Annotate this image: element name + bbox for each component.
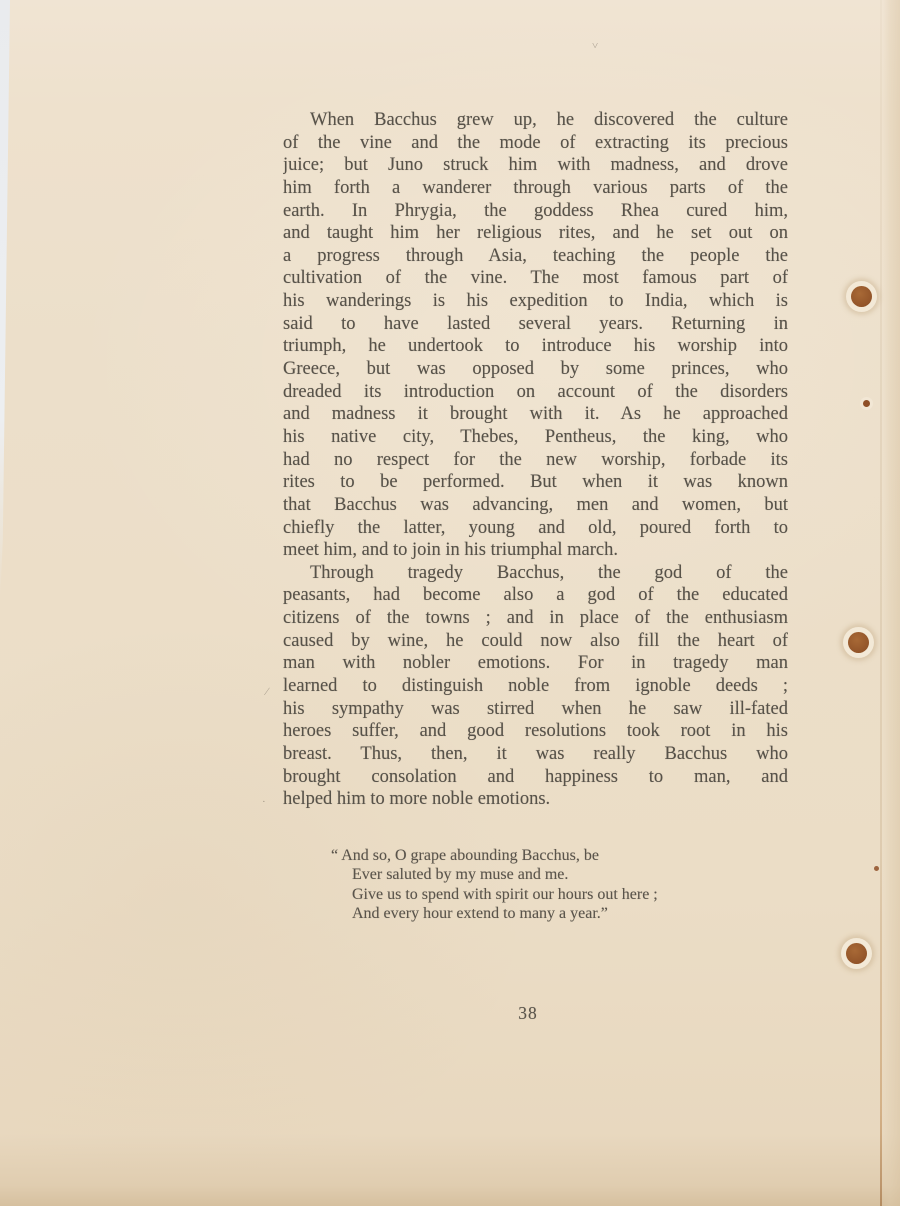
text-line: and madness it brought with it. As he ap…: [283, 403, 788, 426]
binding-hole-middle: [848, 632, 869, 653]
scan-mark: ·: [262, 796, 266, 808]
text-line: him forth a wanderer through various par…: [283, 177, 788, 200]
text-line: learned to distinguish noble from ignobl…: [283, 675, 788, 698]
text-line: brought consolation and happiness to man…: [283, 766, 788, 789]
paper-speck: [874, 866, 879, 871]
page-number: 38: [283, 1003, 773, 1024]
text-line: peasants, had become also a god of the e…: [283, 584, 788, 607]
text-line: his sympathy was stirred when he saw ill…: [283, 698, 788, 721]
scanned-book-page: When Bacchus grew up, he discovered the …: [0, 0, 900, 1206]
text-line: his native city, Thebes, Pentheus, the k…: [283, 426, 788, 449]
text-line: “ And so, O grape abounding Bacchus, be: [331, 846, 801, 865]
text-line: Greece, but was opposed by some princes,…: [283, 358, 788, 381]
text-line: heroes suffer, and good resolutions took…: [283, 720, 788, 743]
text-line: that Bacchus was advancing, men and wome…: [283, 494, 788, 517]
text-line: When Bacchus grew up, he discovered the …: [283, 109, 788, 132]
text-line: said to have lasted several years. Retur…: [283, 313, 788, 336]
text-line: And every hour extend to many a year.”: [331, 904, 801, 923]
scan-mark: ˅: [592, 40, 598, 52]
text-line: helped him to more noble emotions.: [283, 788, 788, 811]
text-line: juice; but Juno struck him with madness,…: [283, 154, 788, 177]
scan-mark: ∕: [266, 686, 268, 698]
text-line: a progress through Asia, teaching the pe…: [283, 245, 788, 268]
text-line: citizens of the towns ; and in place of …: [283, 607, 788, 630]
page-edge-crease: [880, 0, 882, 1206]
text-line: caused by wine, he could now also fill t…: [283, 630, 788, 653]
binding-hole-bottom: [846, 943, 867, 964]
text-line: man with nobler emotions. For in tragedy…: [283, 652, 788, 675]
left-backing-strip: [0, 0, 10, 600]
paper-speck-small-hole: [863, 400, 870, 407]
text-line: and taught him her religious rites, and …: [283, 222, 788, 245]
body-text-block: When Bacchus grew up, he discovered the …: [283, 109, 788, 811]
text-line: meet him, and to join in his triumphal m…: [283, 539, 788, 562]
text-line: Ever saluted by my muse and me.: [331, 865, 801, 884]
text-line: cultivation of the vine. The most famous…: [283, 267, 788, 290]
poem-quote: “ And so, O grape abounding Bacchus, beE…: [331, 846, 801, 923]
text-line: his wanderings is his expedition to Indi…: [283, 290, 788, 313]
text-line: triumph, he undertook to introduce his w…: [283, 335, 788, 358]
text-line: breast. Thus, then, it was really Bacchu…: [283, 743, 788, 766]
right-page-edge: [883, 0, 900, 1206]
paragraph-1: When Bacchus grew up, he discovered the …: [283, 109, 788, 562]
text-line: dreaded its introduction on account of t…: [283, 381, 788, 404]
text-line: rites to be performed. But when it was k…: [283, 471, 788, 494]
binding-hole-top: [851, 286, 872, 307]
text-line: Give us to spend with spirit our hours o…: [331, 885, 801, 904]
text-line: had no respect for the new worship, forb…: [283, 449, 788, 472]
text-line: earth. In Phrygia, the goddess Rhea cure…: [283, 200, 788, 223]
text-line: of the vine and the mode of extracting i…: [283, 132, 788, 155]
text-line: chiefly the latter, young and old, poure…: [283, 517, 788, 540]
text-line: Through tragedy Bacchus, the god of the: [283, 562, 788, 585]
paragraph-2: Through tragedy Bacchus, the god of thep…: [283, 562, 788, 811]
